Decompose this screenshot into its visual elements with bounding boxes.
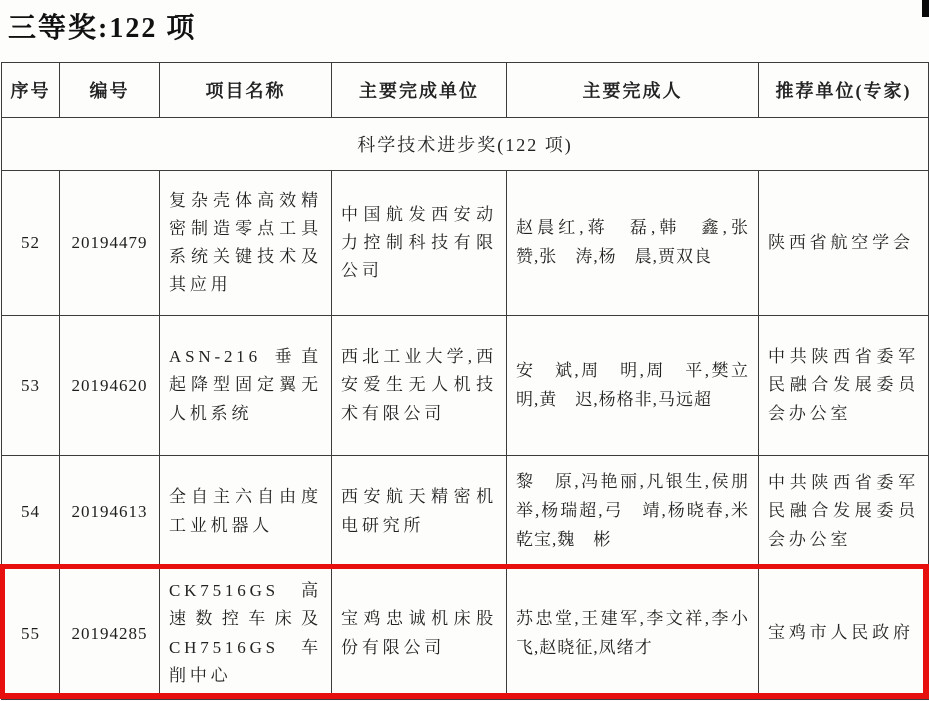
table-row-55: 55 20194285 CK7516GS 高速数控车床及 CH7516GS 车削… [2, 568, 929, 700]
column-header-project: 项目名称 [160, 63, 332, 118]
column-header-seq: 序号 [2, 63, 60, 118]
cell-recommender: 中共陕西省委军民融合发展委员会办公室 [759, 456, 929, 568]
page-title: 三等奖:122 项 [8, 6, 196, 46]
cell-seq: 55 [2, 568, 60, 700]
cell-unit: 中国航发西安动力控制科技有限公司 [332, 171, 507, 316]
cell-recommender: 中共陕西省委军民融合发展委员会办公室 [759, 316, 929, 456]
cell-seq: 54 [2, 456, 60, 568]
cell-unit: 西北工业大学,西安爱生无人机技术有限公司 [332, 316, 507, 456]
column-header-people: 主要完成人 [507, 63, 759, 118]
cell-seq: 52 [2, 171, 60, 316]
cell-people: 赵晨红,蒋 磊,韩 鑫,张 赞,张 涛,杨 晨,贾双良 [507, 171, 759, 316]
cell-project: 全自主六自由度工业机器人 [160, 456, 332, 568]
cell-project: ASN-216 垂直起降型固定翼无人机系统 [160, 316, 332, 456]
column-header-recommender: 推荐单位(专家) [759, 63, 929, 118]
cell-project: CK7516GS 高速数控车床及 CH7516GS 车削中心 [160, 568, 332, 700]
awards-table: 序号 编号 项目名称 主要完成单位 主要完成人 推荐单位(专家) 科学技术进步奖… [1, 62, 929, 700]
cell-unit: 宝鸡忠诚机床股份有限公司 [332, 568, 507, 700]
table-row-54: 54 20194613 全自主六自由度工业机器人 西安航天精密机电研究所 黎 原… [2, 456, 929, 568]
table-row-53: 53 20194620 ASN-216 垂直起降型固定翼无人机系统 西北工业大学… [2, 316, 929, 456]
cell-people: 黎 原,冯艳丽,凡银生,侯朋举,杨瑞超,弓 靖,杨晓春,米乾宝,魏 彬 [507, 456, 759, 568]
column-header-code: 编号 [60, 63, 160, 118]
table-header-row: 序号 编号 项目名称 主要完成单位 主要完成人 推荐单位(专家) [2, 63, 929, 118]
cell-recommender: 陕西省航空学会 [759, 171, 929, 316]
cell-people: 苏忠堂,王建军,李文祥,李小飞,赵晓征,凤绪才 [507, 568, 759, 700]
corner-artifact [922, 0, 929, 17]
cell-seq: 53 [2, 316, 60, 456]
award-category-row: 科学技术进步奖(122 项) [2, 118, 929, 171]
cell-people: 安 斌,周 明,周 平,樊立明,黄 迟,杨格非,马远超 [507, 316, 759, 456]
award-category-label: 科学技术进步奖(122 项) [2, 118, 929, 171]
cell-code: 20194285 [60, 568, 160, 700]
cell-unit: 西安航天精密机电研究所 [332, 456, 507, 568]
cell-code: 20194479 [60, 171, 160, 316]
table-row-52: 52 20194479 复杂壳体高效精密制造零点工具系统关键技术及其应用 中国航… [2, 171, 929, 316]
cell-project: 复杂壳体高效精密制造零点工具系统关键技术及其应用 [160, 171, 332, 316]
cell-code: 20194613 [60, 456, 160, 568]
cell-code: 20194620 [60, 316, 160, 456]
column-header-unit: 主要完成单位 [332, 63, 507, 118]
cell-recommender: 宝鸡市人民政府 [759, 568, 929, 700]
